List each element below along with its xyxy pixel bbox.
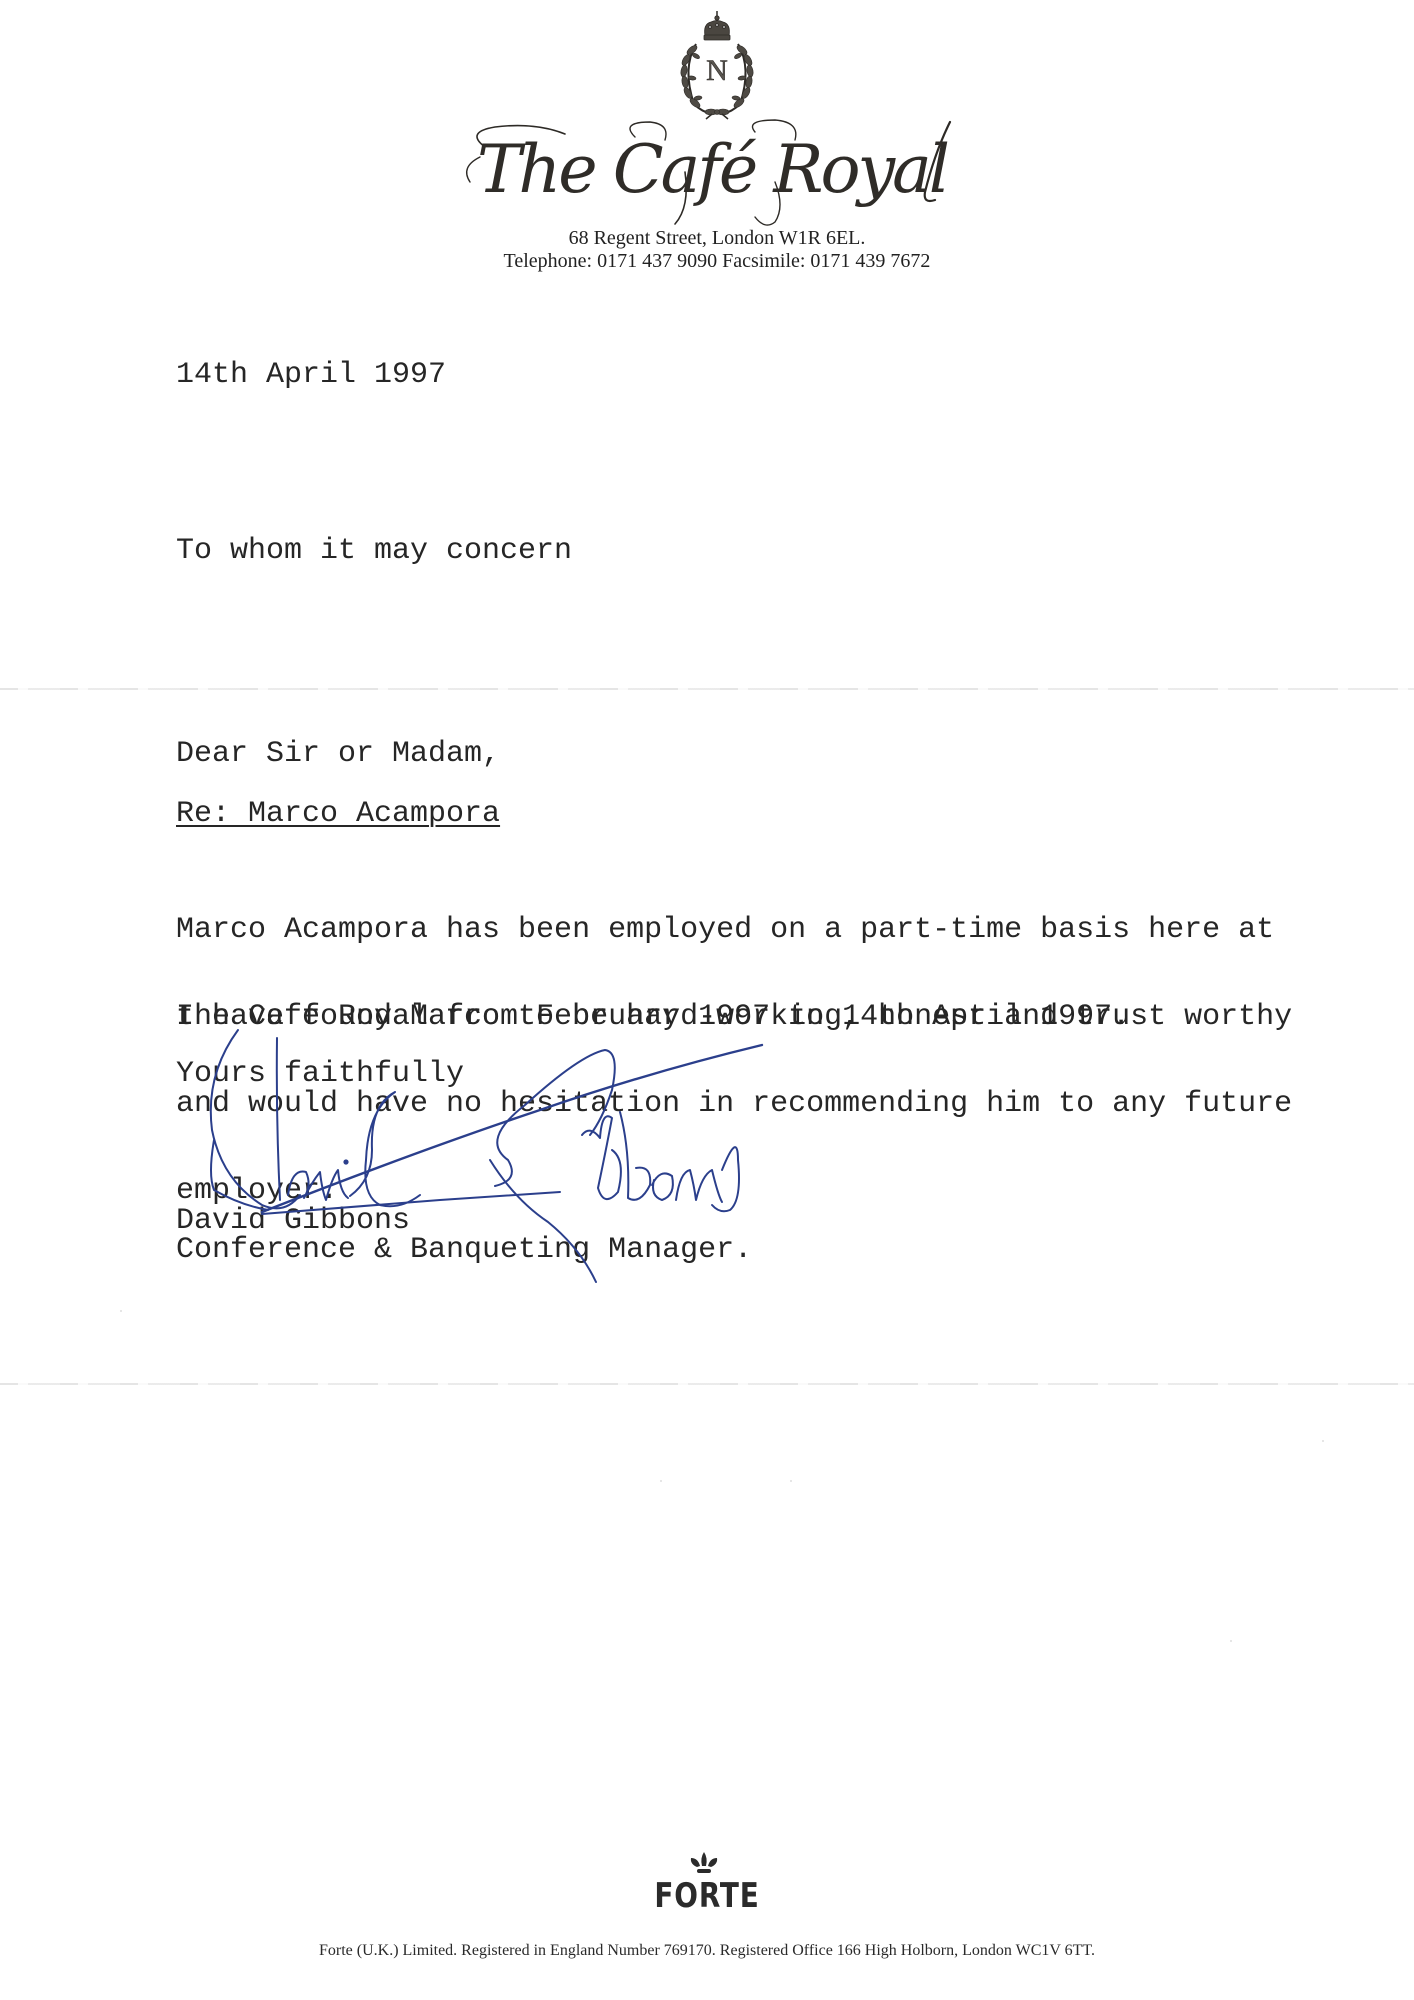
letter-date: 14th April 1997 <box>176 361 446 390</box>
forte-crown-leaf-icon <box>686 1852 722 1876</box>
paper-speck <box>1322 1440 1324 1442</box>
paper-speck <box>790 1480 792 1482</box>
paragraph-line: I have found Marco to be hard-working, h… <box>176 1003 1292 1032</box>
paper-fold-crease <box>0 688 1414 690</box>
letter-closing: Yours faithfully <box>176 1060 464 1089</box>
svg-text:N: N <box>706 54 728 87</box>
signer-name: David Gibbons <box>176 1207 410 1236</box>
crown-wreath-crest-icon: N <box>672 8 762 120</box>
paper-speck <box>660 1480 662 1482</box>
cafe-royal-logotype: The Café Royal <box>455 112 975 232</box>
paragraph-line: and would have no hesitation in recommen… <box>176 1090 1292 1119</box>
letterhead-address: 68 Regent Street, London W1R 6EL. <box>0 227 1414 250</box>
svg-text:The Café Royal: The Café Royal <box>477 131 948 208</box>
paper-fold-crease <box>0 1383 1414 1385</box>
paragraph-line: employer. <box>176 1177 1292 1206</box>
letter-addressee: To whom it may concern <box>176 537 572 566</box>
paper-speck <box>120 1310 122 1312</box>
letter-salutation: Dear Sir or Madam, <box>176 740 500 769</box>
letter-page: N The Café Royal 68 Regent Street, Londo… <box>0 0 1414 2000</box>
footer-registration: Forte (U.K.) Limited. Registered in Engl… <box>0 1942 1414 1960</box>
signer-title: Conference & Banqueting Manager. <box>176 1236 752 1265</box>
forte-brand-logo: FORTE <box>127 1876 1286 1916</box>
paper-speck <box>1230 1640 1232 1642</box>
letterhead-contact-numbers: Telephone: 0171 437 9090 Facsimile: 0171… <box>0 250 1414 273</box>
paragraph-line: Marco Acampora has been employed on a pa… <box>176 916 1274 945</box>
letter-subject: Re: Marco Acampora <box>176 800 500 829</box>
